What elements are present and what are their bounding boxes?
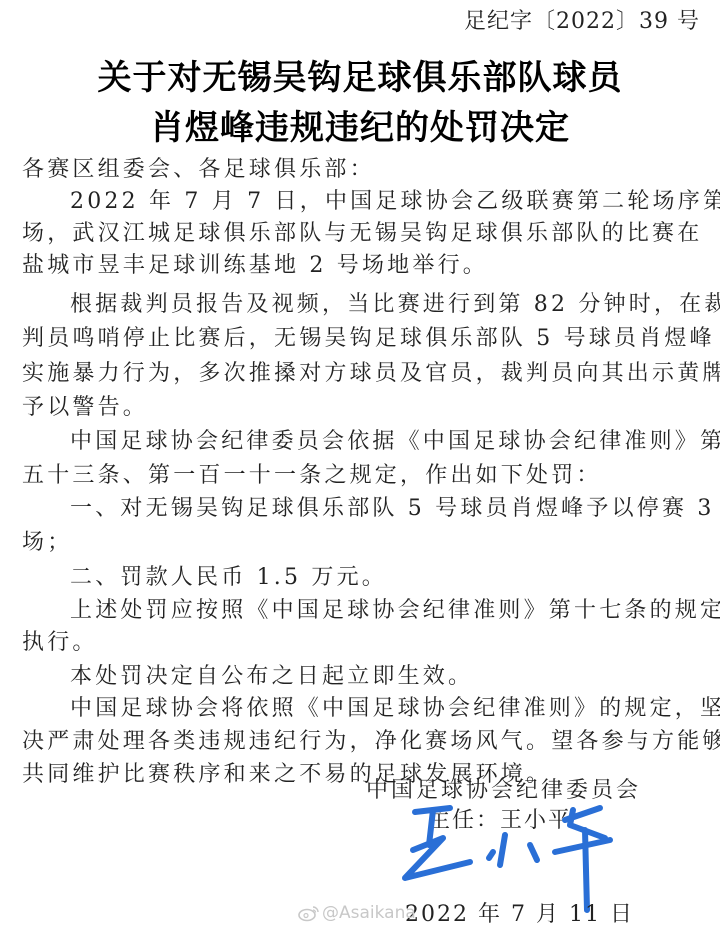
penalty-item-1: 一、对无锡吴钩足球俱乐部队 5 号球员肖煜峰予以停赛 3	[70, 491, 715, 522]
signing-date: 2022 年 7 月 11 日	[405, 897, 634, 928]
body-line: 实施暴力行为，多次推搡对方球员及官员，裁判员向其出示黄牌	[22, 356, 720, 387]
body-line: 五十三条、第一百一十一条之规定，作出如下处罚：	[22, 458, 602, 489]
body-line: 决严肃处理各类违规违纪行为，净化赛场风气。望各参与方能够	[22, 724, 720, 755]
watermark-text: @Asaikana	[322, 903, 416, 923]
watermark: @Asaikana	[298, 903, 416, 923]
body-line: 本处罚决定自公布之日起立即生效。	[70, 659, 473, 690]
body-line: 上述处罚应按照《中国足球协会纪律准则》第十七条的规定	[70, 593, 720, 624]
body-line: 根据裁判员报告及视频，当比赛进行到第 82 分钟时，在裁	[70, 287, 720, 318]
document-number: 足纪字〔2022〕39 号	[464, 4, 700, 35]
body-line: 场；	[22, 525, 72, 556]
document-title-line-2: 肖煜峰违规违纪的处罚决定	[0, 100, 720, 149]
penalty-item-2: 二、罚款人民币 1.5 万元。	[70, 560, 387, 591]
body-line: 场，武汉江城足球俱乐部队与无锡吴钩足球俱乐部队的比赛在	[22, 216, 702, 247]
body-line: 执行。	[22, 625, 98, 656]
body-line: 2022 年 7 月 7 日，中国足球协会乙级联赛第二轮场序第 17	[70, 184, 720, 215]
body-line: 中国足球协会纪律委员会依据《中国足球协会纪律准则》第	[70, 424, 720, 455]
document-title-line-1: 关于对无锡吴钩足球俱乐部队球员	[0, 50, 720, 99]
body-line: 予以警告。	[22, 390, 148, 421]
body-line: 盐城市昱丰足球训练基地 2 号场地举行。	[22, 248, 488, 279]
body-line: 中国足球协会将依照《中国足球协会纪律准则》的规定，坚	[70, 691, 720, 722]
salutation: 各赛区组委会、各足球俱乐部：	[22, 152, 375, 183]
body-line: 判员鸣哨停止比赛后，无锡吴钩足球俱乐部队 5 号球员肖煜峰	[22, 321, 715, 352]
weibo-icon	[298, 904, 320, 922]
